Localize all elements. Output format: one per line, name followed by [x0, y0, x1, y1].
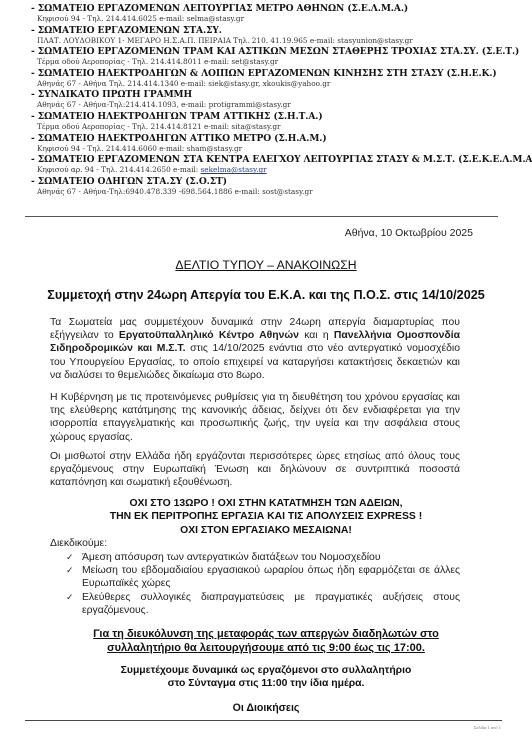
demand-text: Άμεση απόσυρση των αντεργατικών διατάξεω… — [82, 552, 381, 563]
union-name: - ΣΩΜΑΤΕΙΟ ΗΛΕΚΤΡΟΔΗΓΩΝ ΤΡΑΜ ΑΤΤΙΚΗΣ (Σ.… — [31, 111, 501, 122]
union-contact: Κηφισού 94 - Τηλ. 214.414.6060 e-mail: s… — [31, 144, 501, 155]
rally-line: Συμμετέχουμε δυναμικά ως εργαζόμενοι στο… — [0, 664, 532, 677]
union-proti-grammi: - ΣΥΝΔΙΚΑΤΟ ΠΡΩΤΗ ΓΡΑΜΜΗ Αθηνάς 67 - Αθή… — [31, 89, 501, 111]
demand-text: Ελεύθερες συλλογικές διαπραγματεύσεις με… — [82, 592, 460, 616]
signoff: Οι Διοικήσεις — [0, 702, 532, 714]
email-link[interactable]: sekelma@stasy.gr — [201, 165, 267, 174]
text-run: και η — [299, 330, 334, 341]
union-name: - ΣΥΝΔΙΚΑΤΟ ΠΡΩΤΗ ΓΡΑΜΜΗ — [31, 89, 501, 100]
rally-line: στο Σύνταγμα στις 11:00 την ίδια ημέρα. — [0, 677, 532, 690]
union-name: - ΣΩΜΑΤΕΙΟ ΕΡΓΑΖΟΜΕΝΩΝ ΣΤΑ.ΣΥ. — [31, 25, 501, 36]
union-contact: ΠΛΑΤ. ΛΟΥΔΟΒΙΚΟΥ 1- ΜΕΓΑΡΟ Η.Σ.Α.Π. ΠΕΙΡ… — [31, 36, 501, 47]
demands-label: Διεκδικούμε: — [50, 538, 107, 549]
union-set: - ΣΩΜΑΤΕΙΟ ΕΡΓΑΖΟΜΕΝΩΝ ΤΡΑΜ ΚΑΙ ΑΣΤΙΚΩΝ … — [31, 46, 501, 68]
union-name: - ΣΩΜΑΤΕΙΟ ΗΛΕΚΤΡΟΔΗΓΩΝ ΑΤΤΙΚΟ ΜΕΤΡΟ (Σ.… — [31, 133, 501, 144]
document-date: Αθήνα, 10 Οκτωβρίου 2025 — [345, 227, 473, 239]
footer-divider — [25, 720, 502, 721]
notice-line: Για τη διευκόλυνση της μεταφοράς των απε… — [0, 628, 532, 642]
union-contact: Αθηνάς 67 - Αθήνα-Τηλ:6940.478.339 -698.… — [31, 187, 501, 198]
paragraph-strike-participation: Τα Σωματεία μας συμμετέχουν δυναμικά στη… — [50, 316, 460, 382]
union-sita: - ΣΩΜΑΤΕΙΟ ΗΛΕΚΤΡΟΔΗΓΩΝ ΤΡΑΜ ΑΤΤΙΚΗΣ (Σ.… — [31, 111, 501, 133]
paragraph-government: Η Κυβέρνηση με τις προτεινόμενες ρυθμίσε… — [50, 391, 460, 444]
bold-text-run: Εργατοϋπαλληλικό Κέντρο Αθηνών — [119, 330, 299, 341]
demand-item: ✓Ελεύθερες συλλογικές διαπραγματεύσεις μ… — [66, 591, 460, 617]
demand-item: ✓Μείωση του εβδομαδιαίου εργασιακού ωραρ… — [66, 564, 460, 590]
union-contact: Τέρμα οδού Αεροπορίας - Τηλ. 214.414.801… — [31, 57, 501, 68]
demands-list: ✓Άμεση απόσυρση των αντεργατικών διατάξε… — [66, 551, 460, 617]
checkmark-icon: ✓ — [66, 591, 74, 604]
union-selma: - ΣΩΜΑΤΕΙΟ ΕΡΓΑΖΟΜΕΝΩΝ ΛΕΙΤΟΥΡΓΙΑΣ ΜΕΤΡΟ… — [31, 3, 501, 25]
union-contact: Κηφισού αρ. 94 - Τηλ. 214.414.2650 e-mai… — [31, 165, 501, 176]
demand-item: ✓Άμεση απόσυρση των αντεργατικών διατάξε… — [66, 551, 460, 564]
union-stasy: - ΣΩΜΑΤΕΙΟ ΕΡΓΑΖΟΜΕΝΩΝ ΣΤΑ.ΣΥ. ΠΛΑΤ. ΛΟΥ… — [31, 25, 501, 47]
document-title: ΔΕΛΤΙΟ ΤΥΠΟΥ – ΑΝΑΚΟΙΝΩΣΗ — [0, 258, 532, 272]
union-siek: - ΣΩΜΑΤΕΙΟ ΗΛΕΚΤΡΟΔΗΓΩΝ & ΛΟΙΠΩΝ ΕΡΓΑΖΟΜ… — [31, 68, 501, 90]
union-sekelma: - ΣΩΜΑΤΕΙΟ ΕΡΓΑΖΟΜΕΝΩΝ ΣΤΑ ΚΕΝΤΡΑ ΕΛΕΓΧΟ… — [31, 154, 501, 176]
union-sost: - ΣΩΜΑΤΕΙΟ ΟΔΗΓΩΝ ΣΤΑ.ΣΥ (Σ.Ο.ΣΤ) Αθηνάς… — [31, 176, 501, 198]
union-name: - ΣΩΜΑΤΕΙΟ ΕΡΓΑΖΟΜΕΝΩΝ ΣΤΑ ΚΕΝΤΡΑ ΕΛΕΓΧΟ… — [31, 154, 501, 165]
union-contact: Τέρμα οδού Αεροπορίας - Τηλ. 214.414.812… — [31, 122, 501, 133]
union-name: - ΣΩΜΑΤΕΙΟ ΟΔΗΓΩΝ ΣΤΑ.ΣΥ (Σ.Ο.ΣΤ) — [31, 176, 501, 187]
union-name: - ΣΩΜΑΤΕΙΟ ΕΡΓΑΖΟΜΕΝΩΝ ΛΕΙΤΟΥΡΓΙΑΣ ΜΕΤΡΟ… — [31, 3, 501, 14]
slogan-line: ΟΧΙ ΣΤΟΝ ΕΡΓΑΣΙΑΚΟ ΜΕΣΑΙΩΝΑ! — [0, 524, 532, 537]
union-name: - ΣΩΜΑΤΕΙΟ ΕΡΓΑΖΟΜΕΝΩΝ ΤΡΑΜ ΚΑΙ ΑΣΤΙΚΩΝ … — [31, 46, 501, 57]
paragraph-workers: Οι μισθωτοί στην Ελλάδα ήδη εργάζονται π… — [50, 450, 460, 490]
page-number: Σελίδα 1 από 1 — [474, 725, 501, 730]
slogan-line: ΟΧΙ ΣΤΟ 13ΩΡΟ ! ΟΧΙ ΣΤΗΝ ΚΑΤΑΤΜΗΣΗ ΤΩΝ Α… — [0, 497, 532, 510]
union-contact: Αθηνάς 67 - Αθήνα-Τηλ:214.414.1093, e-ma… — [31, 100, 501, 111]
union-contact: Αθηνάς 67 - Αθήνα Τηλ. 214.414.1340 e-ma… — [31, 79, 501, 90]
checkmark-icon: ✓ — [66, 564, 74, 577]
union-letterhead: - ΣΩΜΑΤΕΙΟ ΕΡΓΑΖΟΜΕΝΩΝ ΛΕΙΤΟΥΡΓΙΑΣ ΜΕΤΡΟ… — [31, 3, 501, 197]
document-subtitle: Συμμετοχή στην 24ωρη Απεργία του Ε.Κ.Α. … — [0, 288, 532, 302]
rally-announcement: Συμμετέχουμε δυναμικά ως εργαζόμενοι στο… — [0, 664, 532, 690]
notice-line: συλλαλητήριο θα λειτουργήσουμε από τις 9… — [0, 642, 532, 656]
demand-text: Μείωση του εβδομαδιαίου εργασιακού ωραρί… — [82, 565, 460, 589]
union-contact-text: Κηφισού αρ. 94 - Τηλ. 214.414.2650 e-mai… — [37, 165, 201, 174]
transport-notice: Για τη διευκόλυνση της μεταφοράς των απε… — [0, 628, 532, 656]
union-contact: Κηφισού 94 - Τηλ. 214.414.6025 e-mail: s… — [31, 14, 501, 25]
slogan-line: ΤΗΝ ΕΚ ΠΕΡΙΤΡΟΠΗΣ ΕΡΓΑΣΙΑ ΚΑΙ ΤΙΣ ΑΠΟΛΥΣ… — [0, 510, 532, 523]
header-divider — [25, 216, 498, 217]
slogans: ΟΧΙ ΣΤΟ 13ΩΡΟ ! ΟΧΙ ΣΤΗΝ ΚΑΤΑΤΜΗΣΗ ΤΩΝ Α… — [0, 497, 532, 537]
union-sham: - ΣΩΜΑΤΕΙΟ ΗΛΕΚΤΡΟΔΗΓΩΝ ΑΤΤΙΚΟ ΜΕΤΡΟ (Σ.… — [31, 133, 501, 155]
union-name: - ΣΩΜΑΤΕΙΟ ΗΛΕΚΤΡΟΔΗΓΩΝ & ΛΟΙΠΩΝ ΕΡΓΑΖΟΜ… — [31, 68, 501, 79]
checkmark-icon: ✓ — [66, 551, 74, 564]
